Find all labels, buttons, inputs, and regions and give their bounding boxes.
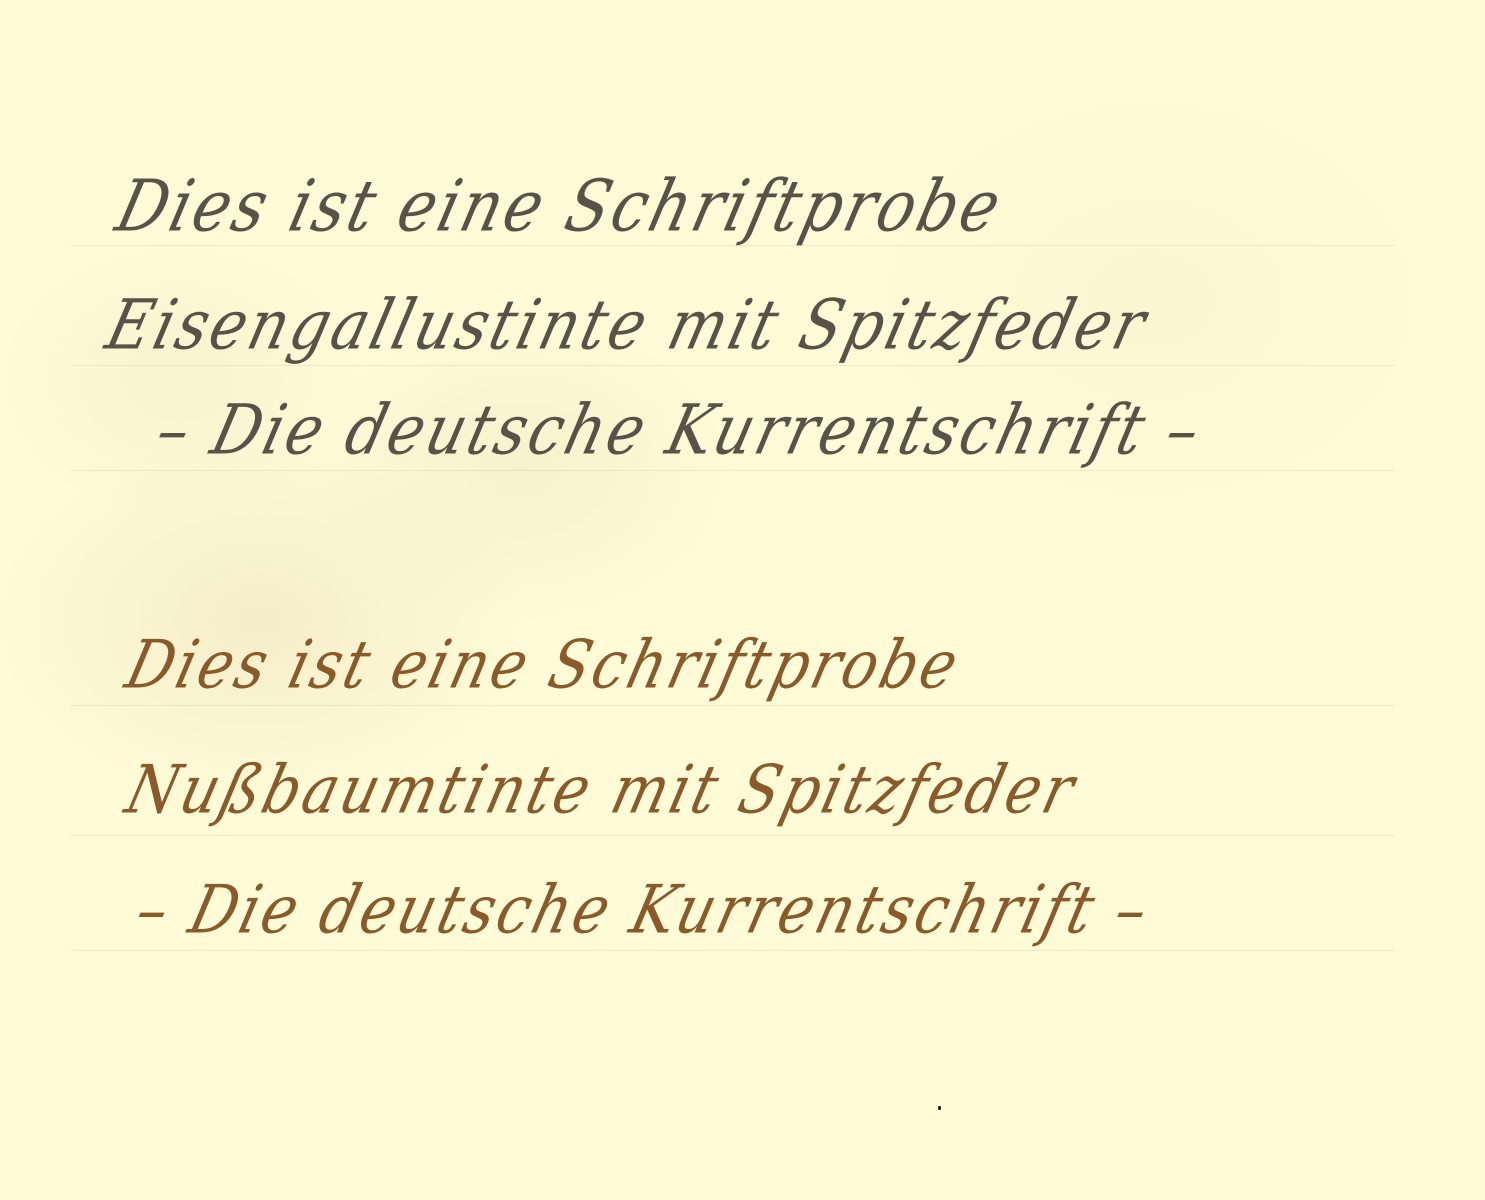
sample-1-line-3: – Die deutsche Kurrentschrift –	[150, 396, 1210, 465]
ruling-line	[70, 950, 1395, 951]
paper-speck	[938, 1106, 941, 1110]
sample-1-line-2: Eisengallustinte mit Spitzfeder	[100, 291, 1155, 360]
ruling-line	[70, 705, 1395, 706]
sample-2-line-1: Dies ist eine Schriftprobe	[120, 631, 967, 698]
sample-2-line-2: Nußbaumtinte mit Spitzfeder	[120, 756, 1083, 823]
ruling-line	[70, 835, 1395, 836]
sample-2-line-3: – Die deutsche Kurrentschrift –	[130, 876, 1157, 943]
sample-1-line-1: Dies ist eine Schriftprobe	[110, 171, 1010, 242]
